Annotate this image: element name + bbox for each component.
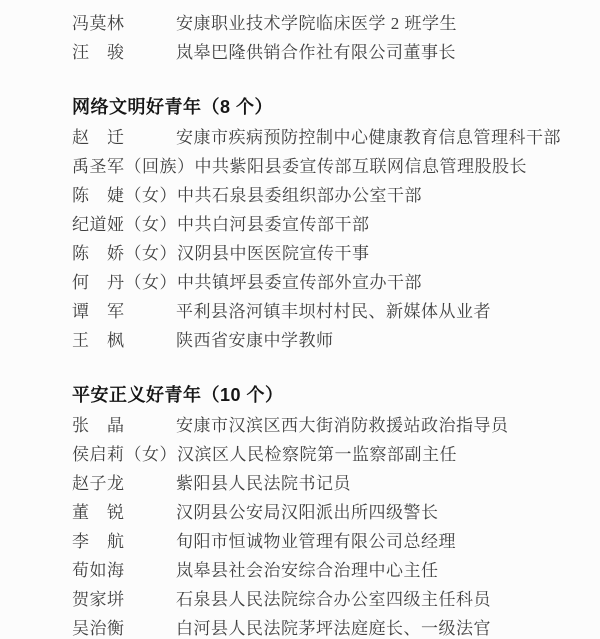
honoree-position: 汉阴县中医医院宣传干事 <box>177 239 370 264</box>
honoree-row: 侯启莉 （女） 汉滨区人民检察院第一监察部副主任 <box>72 438 580 467</box>
honoree-name: 吴治衡 <box>72 614 125 639</box>
honoree-position: 安康职业技术学院临床医学 2 班学生 <box>176 9 457 34</box>
honoree-row: 纪道娅 （女） 中共白河县委宣传部干部 <box>72 208 580 237</box>
honoree-name-cell: 董 锐 <box>72 498 176 523</box>
honoree-name: 李 航 <box>72 527 125 552</box>
honoree-row: 谭 军 平利县洛河镇丰坝村村民、新媒体从业者 <box>72 295 580 324</box>
honoree-name: 纪道娅 <box>72 210 125 235</box>
honoree-note: （女） <box>125 210 178 235</box>
honoree-position: 汉阴县公安局汉阳派出所四级警长 <box>176 498 439 523</box>
document-page: 冯莫林 安康职业技术学院临床医学 2 班学生 汪 骏 岚皋巴隆供销合作社有限公司… <box>0 0 600 639</box>
honoree-row: 何 丹 （女） 中共镇坪县委宣传部外宣办干部 <box>72 266 580 295</box>
honoree-name-cell: 张 晶 <box>72 411 176 436</box>
honoree-position: 岚皋县社会治安综合治理中心主任 <box>176 556 439 581</box>
honoree-row: 陈 娇 （女） 汉阴县中医医院宣传干事 <box>72 237 580 266</box>
honoree-position: 石泉县人民法院综合办公室四级主任科员 <box>176 585 491 610</box>
section-title: 平安正义好青年（10 个） <box>72 379 580 409</box>
honoree-note: （女） <box>125 181 178 206</box>
award-section: 平安正义好青年（10 个） 张 晶 安康市汉滨区西大街消防救援站政治指导员 侯启… <box>72 379 580 639</box>
honoree-row: 王 枫 陕西省安康中学教师 <box>72 324 580 353</box>
honoree-name: 侯启莉 <box>72 440 125 465</box>
honoree-row: 赵 迁 安康市疾病预防控制中心健康教育信息管理科干部 <box>72 121 580 150</box>
honoree-name: 张 晶 <box>72 411 125 436</box>
honoree-name: 何 丹 <box>72 268 125 293</box>
honoree-row: 冯莫林 安康职业技术学院临床医学 2 班学生 <box>72 7 580 36</box>
honoree-position: 中共石泉县委组织部办公室干部 <box>177 181 422 206</box>
honoree-position: 紫阳县人民法院书记员 <box>176 469 351 494</box>
honoree-row: 赵子龙 紫阳县人民法院书记员 <box>72 467 580 496</box>
honoree-name-cell: 赵子龙 <box>72 469 176 494</box>
honoree-name: 谭 军 <box>72 297 125 322</box>
honoree-position: 安康市汉滨区西大街消防救援站政治指导员 <box>176 411 509 436</box>
honoree-name: 赵 迁 <box>72 123 125 148</box>
honoree-name-cell: 贺家垪 <box>72 585 176 610</box>
honoree-name-cell: 侯启莉 （女） <box>72 440 177 465</box>
honoree-name-cell: 禹圣军 （回族） <box>72 152 195 177</box>
honoree-name-cell: 纪道娅 （女） <box>72 210 177 235</box>
honoree-name: 荀如海 <box>72 556 125 581</box>
honoree-name-cell: 荀如海 <box>72 556 176 581</box>
honoree-name-cell: 吴治衡 <box>72 614 176 639</box>
honoree-name-cell: 李 航 <box>72 527 176 552</box>
honoree-position: 汉滨区人民检察院第一监察部副主任 <box>177 440 457 465</box>
honoree-position: 中共镇坪县委宣传部外宣办干部 <box>177 268 422 293</box>
honoree-name: 董 锐 <box>72 498 125 523</box>
honoree-position: 旬阳市恒诚物业管理有限公司总经理 <box>176 527 456 552</box>
honoree-name: 冯莫林 <box>72 9 125 34</box>
honoree-position: 岚皋巴隆供销合作社有限公司董事长 <box>176 38 456 63</box>
honoree-name: 陈 娇 <box>72 239 125 264</box>
honoree-note: （回族） <box>125 152 195 177</box>
honoree-name-cell: 汪 骏 <box>72 38 176 63</box>
honoree-name: 王 枫 <box>72 326 125 351</box>
honoree-position: 陕西省安康中学教师 <box>176 326 334 351</box>
award-section: 网络文明好青年（8 个） 赵 迁 安康市疾病预防控制中心健康教育信息管理科干部 … <box>72 91 580 353</box>
honoree-note: （女） <box>125 440 178 465</box>
honoree-name-cell: 冯莫林 <box>72 9 176 34</box>
leading-entries: 冯莫林 安康职业技术学院临床医学 2 班学生 汪 骏 岚皋巴隆供销合作社有限公司… <box>72 7 580 65</box>
honoree-row: 董 锐 汉阴县公安局汉阳派出所四级警长 <box>72 496 580 525</box>
honoree-name-cell: 陈 娇 （女） <box>72 239 177 264</box>
honoree-note: （女） <box>125 239 178 264</box>
honoree-name: 赵子龙 <box>72 469 125 494</box>
section-entries: 张 晶 安康市汉滨区西大街消防救援站政治指导员 侯启莉 （女） 汉滨区人民检察院… <box>72 409 580 639</box>
honoree-row: 禹圣军 （回族） 中共紫阳县委宣传部互联网信息管理股股长 <box>72 150 580 179</box>
honoree-name: 禹圣军 <box>72 152 125 177</box>
honoree-row: 汪 骏 岚皋巴隆供销合作社有限公司董事长 <box>72 36 580 65</box>
honoree-name: 贺家垪 <box>72 585 125 610</box>
honoree-position: 安康市疾病预防控制中心健康教育信息管理科干部 <box>176 123 561 148</box>
honoree-position: 中共白河县委宣传部干部 <box>177 210 370 235</box>
honoree-name-cell: 赵 迁 <box>72 123 176 148</box>
honoree-note: （女） <box>125 268 178 293</box>
honoree-name-cell: 何 丹 （女） <box>72 268 177 293</box>
honoree-row: 张 晶 安康市汉滨区西大街消防救援站政治指导员 <box>72 409 580 438</box>
section-entries: 赵 迁 安康市疾病预防控制中心健康教育信息管理科干部 禹圣军 （回族） 中共紫阳… <box>72 121 580 353</box>
honoree-position: 白河县人民法院茅坪法庭庭长、一级法官 <box>176 614 491 639</box>
honoree-name: 汪 骏 <box>72 38 125 63</box>
honoree-name-cell: 王 枫 <box>72 326 176 351</box>
honoree-row: 荀如海 岚皋县社会治安综合治理中心主任 <box>72 554 580 583</box>
honoree-row: 贺家垪 石泉县人民法院综合办公室四级主任科员 <box>72 583 580 612</box>
honoree-row: 陈 婕 （女） 中共石泉县委组织部办公室干部 <box>72 179 580 208</box>
honoree-row: 李 航 旬阳市恒诚物业管理有限公司总经理 <box>72 525 580 554</box>
honoree-position: 中共紫阳县委宣传部互联网信息管理股股长 <box>195 152 528 177</box>
award-sections: 网络文明好青年（8 个） 赵 迁 安康市疾病预防控制中心健康教育信息管理科干部 … <box>72 91 580 639</box>
section-title: 网络文明好青年（8 个） <box>72 91 580 121</box>
honoree-name-cell: 陈 婕 （女） <box>72 181 177 206</box>
honoree-row: 吴治衡 白河县人民法院茅坪法庭庭长、一级法官 <box>72 612 580 639</box>
honoree-name-cell: 谭 军 <box>72 297 176 322</box>
honoree-name: 陈 婕 <box>72 181 125 206</box>
honoree-position: 平利县洛河镇丰坝村村民、新媒体从业者 <box>176 297 491 322</box>
